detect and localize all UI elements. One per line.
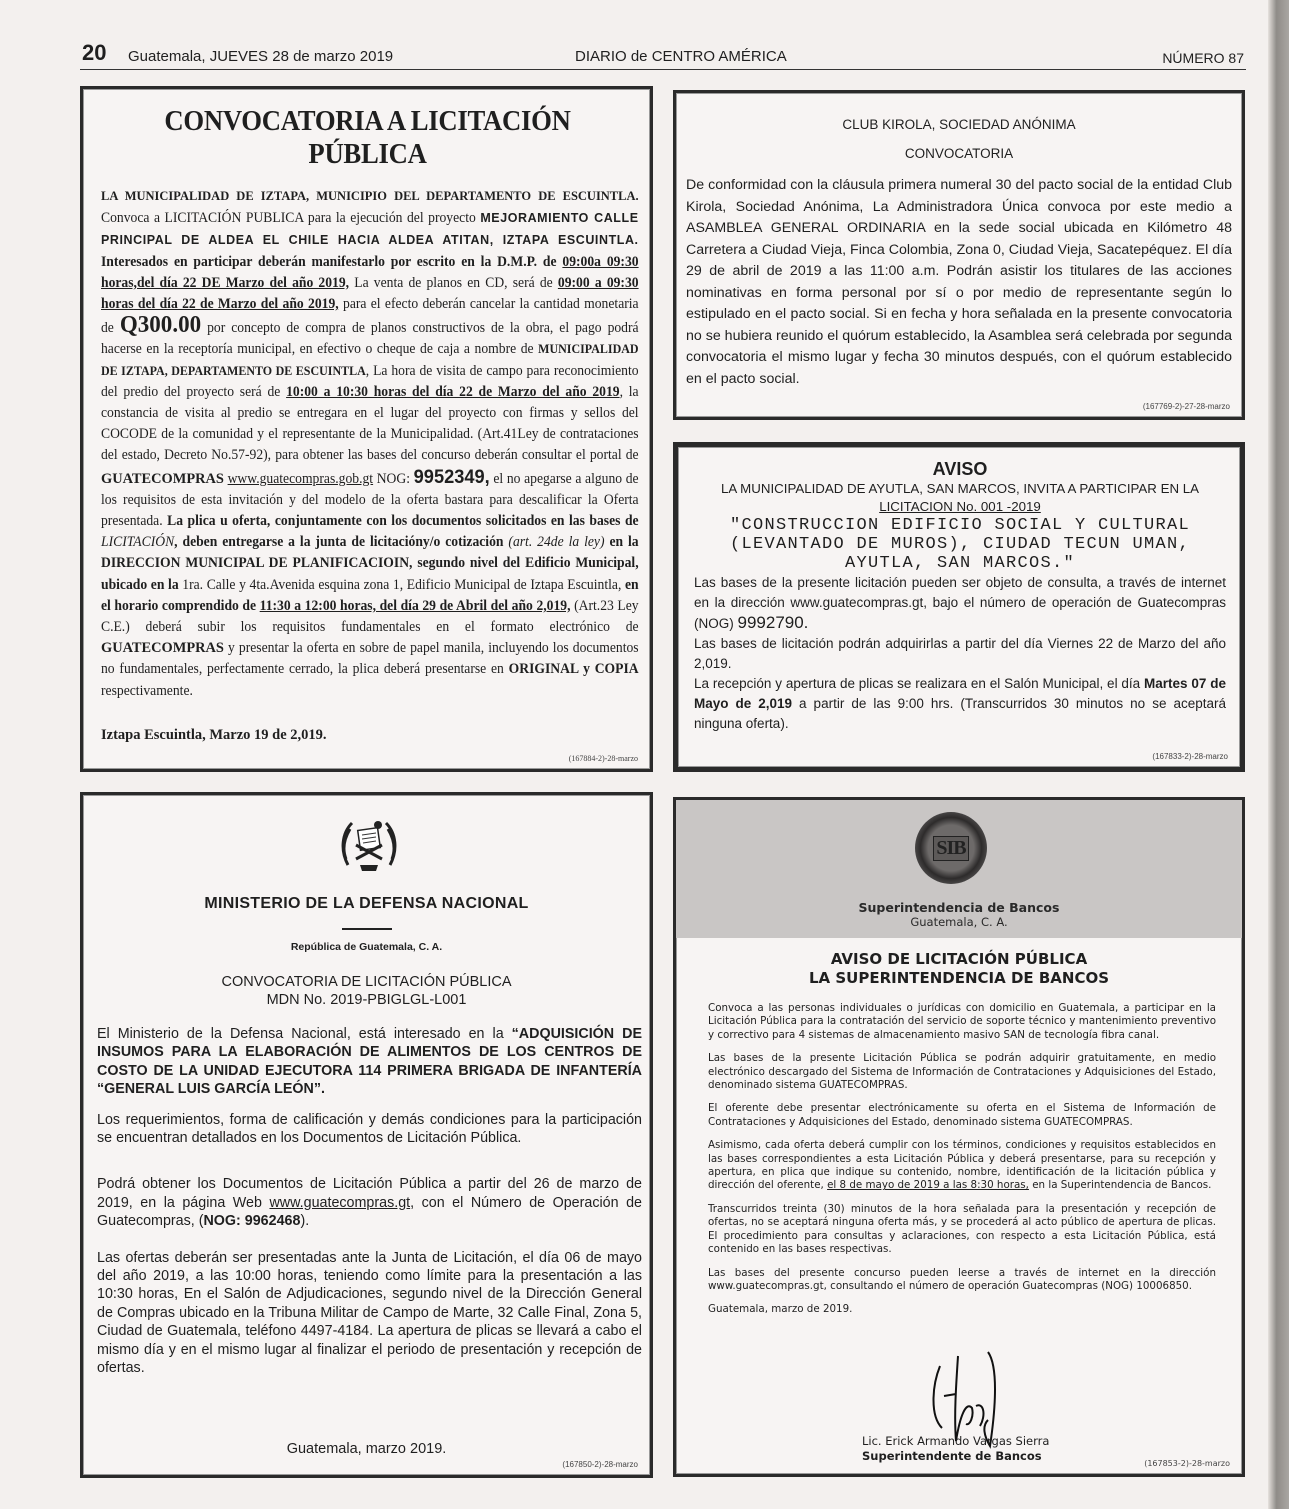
guatecompras-link[interactable]: www.guatecompras.gt (269, 1195, 410, 1211)
invite-line: LA MUNICIPALIDAD DE AYUTLA, SAN MARCOS, … (694, 480, 1226, 498)
org-name: CLUB KIROLA, SOCIEDAD ANÓNIMA (686, 117, 1232, 132)
ad-title: CONVOCATORIA A LICITACIÓN PÚBLICA (122, 105, 612, 171)
ad-paragraph: Las bases de la presente licitación pued… (694, 573, 1226, 634)
publication-name: DIARIO de CENTRO AMÉRICA (575, 48, 787, 65)
nog-number: 9992790. (738, 613, 809, 632)
ad-heading: AVISO DE LICITACIÓN PÚBLICA LA SUPERINTE… (676, 950, 1242, 988)
ad-club-kirola: CLUB KIROLA, SOCIEDAD ANÓNIMA CONVOCATOR… (673, 90, 1245, 420)
project-line-1: "CONSTRUCCION EDIFICIO SOCIAL Y CULTURAL (694, 516, 1226, 535)
coat-of-arms-icon (338, 815, 400, 875)
ad-signature: Iztapa Escuintla, Marzo 19 de 2,019. (101, 727, 327, 744)
country-name: República de Guatemala, C. A. (83, 941, 650, 953)
ad-signature: Guatemala, marzo 2019. (83, 1441, 650, 1457)
ad-code: (167833-2)-28-marzo (1152, 752, 1228, 761)
divider (342, 928, 392, 930)
project-line-2: (LEVANTADO DE MUROS), CIUDAD TECUN UMAN, (694, 535, 1226, 554)
country-name: Guatemala, C. A. (676, 915, 1242, 929)
issue-date: Guatemala, JUEVES 28 de marzo 2019 (128, 48, 393, 65)
project-line-3: AYUTLA, SAN MARCOS." (694, 554, 1226, 573)
org-name: Superintendencia de Bancos (676, 900, 1242, 915)
ad-body: El Ministerio de la Defensa Nacional, es… (97, 1025, 642, 1390)
page-number: 20 (82, 40, 106, 66)
signer-title: Superintendente de Bancos (862, 1449, 1042, 1463)
ad-body: Convoca a las personas individuales o ju… (708, 1002, 1216, 1327)
ad-title: AVISO (694, 459, 1226, 480)
ad-iztapa: CONVOCATORIA A LICITACIÓN PÚBLICA LA MUN… (80, 86, 653, 772)
page-header: 20 Guatemala, JUEVES 28 de marzo 2019 DI… (80, 44, 1246, 70)
ad-code: (167769-2)-27-28-marzo (1143, 402, 1230, 411)
ad-ministerio-defensa: MINISTERIO DE LA DEFENSA NACIONAL Repúbl… (80, 792, 653, 1478)
sib-seal-icon: SIB (915, 812, 987, 884)
amount: Q300.00 (120, 312, 201, 338)
issue-number: NÚMERO 87 (1162, 50, 1244, 66)
ad-code: (167853-2)-28-marzo (1144, 1459, 1230, 1468)
issuer: LA MUNICIPALIDAD DE IZTAPA, MUNICIPIO DE… (101, 188, 639, 203)
signer-name: Lic. Erick Armando Vargas Sierra (862, 1434, 1049, 1448)
portal-link[interactable]: www.guatecompras.gob.gt (228, 471, 374, 487)
ad-body: De conformidad con la cláusula primera n… (686, 175, 1232, 390)
ad-paragraph: Las bases de licitación podrán adquirirl… (694, 634, 1226, 674)
page-edge-shadow (1268, 0, 1289, 1509)
ad-superintendencia-bancos: SIB Superintendencia de Bancos Guatemala… (673, 797, 1245, 1477)
ad-code: (167850-2)-28-marzo (562, 1460, 638, 1469)
ad-paragraph: La recepción y apertura de plicas se rea… (694, 674, 1226, 734)
ad-heading: CONVOCATORIA (686, 146, 1232, 161)
tender-number: LICITACION No. 001 -2019 (694, 498, 1226, 516)
ad-heading: CONVOCATORIA DE LICITACIÓN PÚBLICA MDN N… (83, 973, 650, 1009)
ministry-name: MINISTERIO DE LA DEFENSA NACIONAL (83, 895, 650, 913)
ad-ayutla: AVISO LA MUNICIPALIDAD DE AYUTLA, SAN MA… (673, 442, 1245, 772)
ad-body: LA MUNICIPALIDAD DE IZTAPA, MUNICIPIO DE… (101, 185, 639, 702)
nog-number: 9952349, (414, 467, 490, 488)
ad-code: (167884-2)-28-marzo (569, 754, 638, 763)
